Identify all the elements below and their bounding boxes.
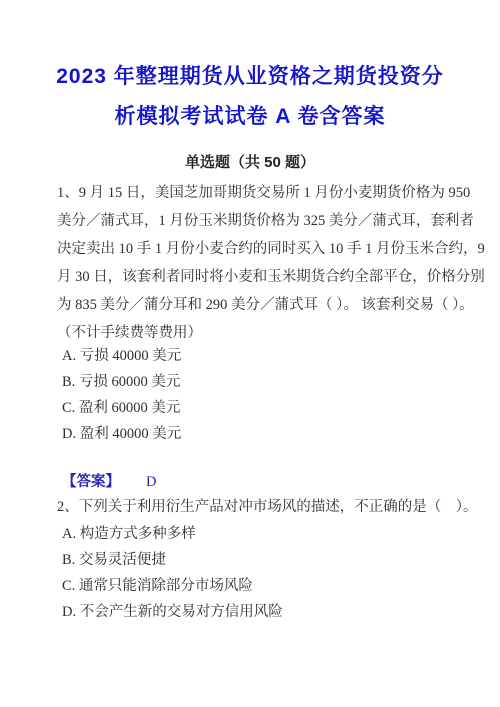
document-title-line-1: 2023 年整理期货从业资格之期货投资分 [0,57,500,97]
question-2-text: 2、下列关于利用衍生产品对冲市场风的描述，不正确的是（ ）。 [57,494,470,520]
document-title: 2023 年整理期货从业资格之期货投资分 析模拟考试试卷 A 卷含答案 [0,57,500,137]
question-line: 美分／蒲式耳，1 月份玉米期货价格为 325 美分／蒲式耳，套利者 [57,207,470,235]
exam-document-page: 2023 年整理期货从业资格之期货投资分 析模拟考试试卷 A 卷含答案 单选题（… [0,0,500,707]
option-item-c: C. 盈利 60000 美元 [62,395,470,421]
document-title-line-2: 析模拟考试试卷 A 卷含答案 [0,97,500,137]
question-line: 为 835 美分／蒲分耳和 290 美分／蒲式耳（ ）。 该套利交易（ ）。 [57,291,470,319]
option-item-b: B. 交易灵活便捷 [62,547,470,573]
question-2-options: A. 构造方式多种多样 B. 交易灵活便捷 C. 通常只能消除部分市场风险 D.… [62,521,470,625]
option-item-d: D. 盈利 40000 美元 [62,421,470,447]
answer-row: 【答案】D [62,470,156,494]
section-heading: 单选题（共 50 题） [0,152,500,174]
question-line: 1、9 月 15 日，美国芝加哥期货交易所 1 月份小麦期货价格为 950 [57,179,470,207]
option-item-c: C. 通常只能消除部分市场风险 [62,573,470,599]
question-1-options: A. 亏损 40000 美元 B. 亏损 60000 美元 C. 盈利 6000… [62,343,470,447]
answer-value: D [146,470,156,494]
option-item-a: A. 构造方式多种多样 [62,521,470,547]
option-item-a: A. 亏损 40000 美元 [62,343,470,369]
question-line: 月 30 日，该套利者同时将小麦和玉米期货合约全部平仓，价格分别 [57,263,470,291]
question-line: 决定卖出 10 手 1 月份小麦合约的同时买入 10 手 1 月份玉米合约，9 [57,235,470,263]
option-item-d: D. 不会产生新的交易对方信用风险 [62,599,470,625]
answer-label: 【答案】 [62,474,120,490]
option-item-b: B. 亏损 60000 美元 [62,369,470,395]
question-1-text: 1、9 月 15 日，美国芝加哥期货交易所 1 月份小麦期货价格为 950 美分… [57,179,470,347]
